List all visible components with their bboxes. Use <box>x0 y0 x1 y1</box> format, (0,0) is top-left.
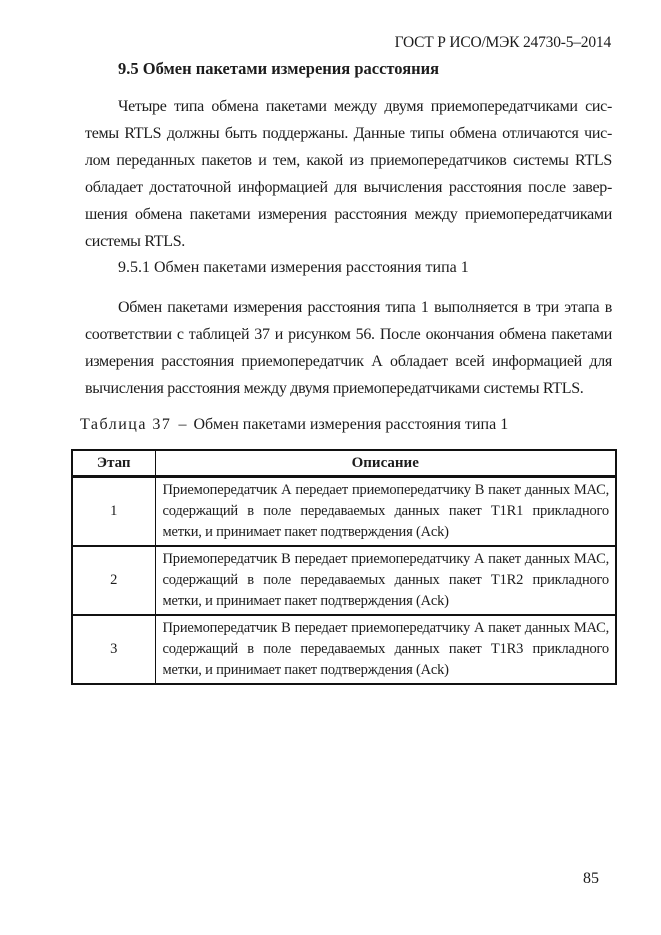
description-cell: Приемопередатчик А передает приемопереда… <box>155 477 616 547</box>
table-row: 1 Приемопередатчик А передает приемопере… <box>72 477 616 547</box>
step-cell: 1 <box>72 477 155 547</box>
description-line: Приемопередатчик В передает приемопереда… <box>163 618 610 639</box>
paragraph-line: Обмен пакетами измерения расстояния типа… <box>85 294 612 321</box>
paragraph-line: шения обмена пакетами измерения расстоян… <box>85 201 612 228</box>
description-line: метки, и принимает пакет подтверждения (… <box>163 522 610 543</box>
paragraph-line: вычисления расстояния между двумя приемо… <box>85 375 612 402</box>
running-header: ГОСТ Р ИСО/МЭК 24730-5–2014 <box>395 34 611 52</box>
table-caption-number: Таблица 37 <box>80 416 171 433</box>
step-cell: 3 <box>72 615 155 684</box>
description-cell: Приемопередатчик В передает приемопереда… <box>155 546 616 615</box>
column-header-description: Описание <box>155 450 616 477</box>
description-line: содержащий в поле передаваемых данных па… <box>163 570 610 591</box>
table-row: 2 Приемопередатчик В передает приемопере… <box>72 546 616 615</box>
paragraph-line: темы RTLS должны быть поддержаны. Данные… <box>85 120 612 147</box>
table-37: Этап Описание 1 Приемопередатчик А перед… <box>71 449 617 685</box>
description-line: Приемопередатчик В передает приемопереда… <box>163 549 610 570</box>
table-caption-dash: – <box>178 416 186 433</box>
paragraph-line: системы RTLS. <box>85 228 612 255</box>
subsection-heading: 9.5.1 Обмен пакетами измерения расстояни… <box>118 259 469 277</box>
paragraph-line: измерения расстояния приемопередатчик А … <box>85 348 612 375</box>
table-caption: Таблица 37–Обмен пакетами измерения расс… <box>80 416 508 434</box>
table-37-container: Этап Описание 1 Приемопередатчик А перед… <box>71 449 617 685</box>
description-line: метки, и принимает пакет подтверждения (… <box>163 660 610 681</box>
paragraph-line: Четыре типа обмена пакетами между двумя … <box>85 93 612 120</box>
table-caption-title: Обмен пакетами измерения расстояния типа… <box>193 416 508 433</box>
step-cell: 2 <box>72 546 155 615</box>
paragraph-1: Четыре типа обмена пакетами между двумя … <box>85 93 612 255</box>
paragraph-line: лом переданных пакетов и тем, какой из п… <box>85 147 612 174</box>
column-header-step: Этап <box>72 450 155 477</box>
description-line: содержащий в поле передаваемых данных па… <box>163 501 610 522</box>
document-page: ГОСТ Р ИСО/МЭК 24730-5–2014 9.5 Обмен па… <box>0 0 661 935</box>
section-heading: 9.5 Обмен пакетами измерения расстояния <box>118 59 439 79</box>
paragraph-line: соответствии с таблицей 37 и рисунком 56… <box>85 321 612 348</box>
description-line: содержащий в поле передаваемых данных па… <box>163 639 610 660</box>
description-cell: Приемопередатчик В передает приемопереда… <box>155 615 616 684</box>
description-line: метки, и принимает пакет подтверждения (… <box>163 591 610 612</box>
table-header-row: Этап Описание <box>72 450 616 477</box>
description-line: Приемопередатчик А передает приемопереда… <box>163 480 610 501</box>
table-row: 3 Приемопередатчик В передает приемопере… <box>72 615 616 684</box>
paragraph-line: обладает достаточной информацией для выч… <box>85 174 612 201</box>
paragraph-2: Обмен пакетами измерения расстояния типа… <box>85 294 612 402</box>
page-number: 85 <box>583 870 599 888</box>
